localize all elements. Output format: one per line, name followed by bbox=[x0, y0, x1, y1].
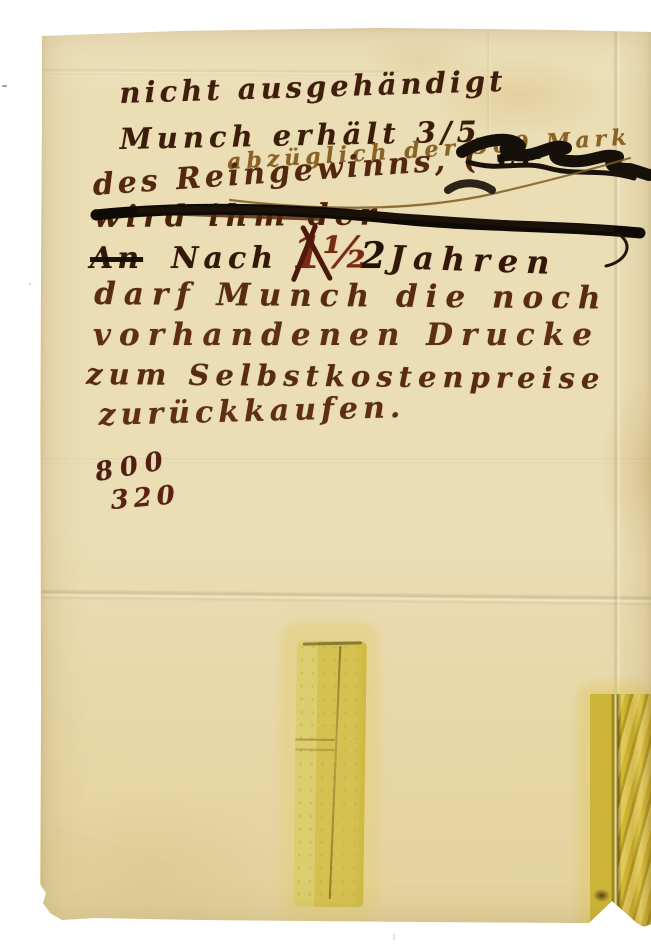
tape-dark-spot bbox=[593, 889, 610, 902]
line-5-struck-number: 1½ bbox=[292, 228, 369, 279]
handwriting-line-7: vorhandenen Drucke bbox=[93, 317, 600, 353]
figure-320: 320 bbox=[109, 480, 181, 516]
line-3-struck-word: er bbox=[496, 137, 541, 175]
scan-speck bbox=[2, 85, 7, 87]
handwriting-line-5: AnNach1½2Jahren bbox=[90, 228, 557, 279]
ink-strike-line4-curl bbox=[606, 234, 627, 266]
crease-diagonal-bottom-left-2 bbox=[67, 879, 156, 899]
handwriting-line-9: zurückkaufen. bbox=[98, 390, 406, 433]
tape-crack-line bbox=[329, 646, 342, 899]
tape-crinkle-fold bbox=[618, 694, 651, 926]
line-5-struck-word: An bbox=[90, 241, 143, 276]
ink-smear-er bbox=[448, 183, 492, 190]
crease-diagonal-bottom-left bbox=[54, 828, 175, 868]
fold-crease-horizontal-main bbox=[41, 589, 651, 606]
tape-stain-center bbox=[293, 641, 367, 908]
handwriting-line-6: darf Munch die noch bbox=[94, 276, 609, 316]
tape-top-edge bbox=[302, 641, 361, 645]
tape-stain-right bbox=[590, 694, 651, 926]
handwriting-line-8: zum Selbstkostenpreise bbox=[86, 357, 606, 396]
line-5-word: Nach bbox=[171, 241, 278, 276]
scan-speck bbox=[29, 283, 31, 285]
line-5-tail-word: Jahren bbox=[389, 238, 558, 282]
tape-seam bbox=[295, 739, 334, 752]
handwriting-line-1: nicht ausgehändigt bbox=[119, 64, 507, 110]
scan-speck bbox=[393, 934, 395, 940]
paper-sheet: nicht ausgehändigt Munch erhält 3/5 abzü… bbox=[0, 0, 651, 950]
scan-background: nicht ausgehändigt Munch erhält 3/5 abzü… bbox=[0, 0, 651, 950]
